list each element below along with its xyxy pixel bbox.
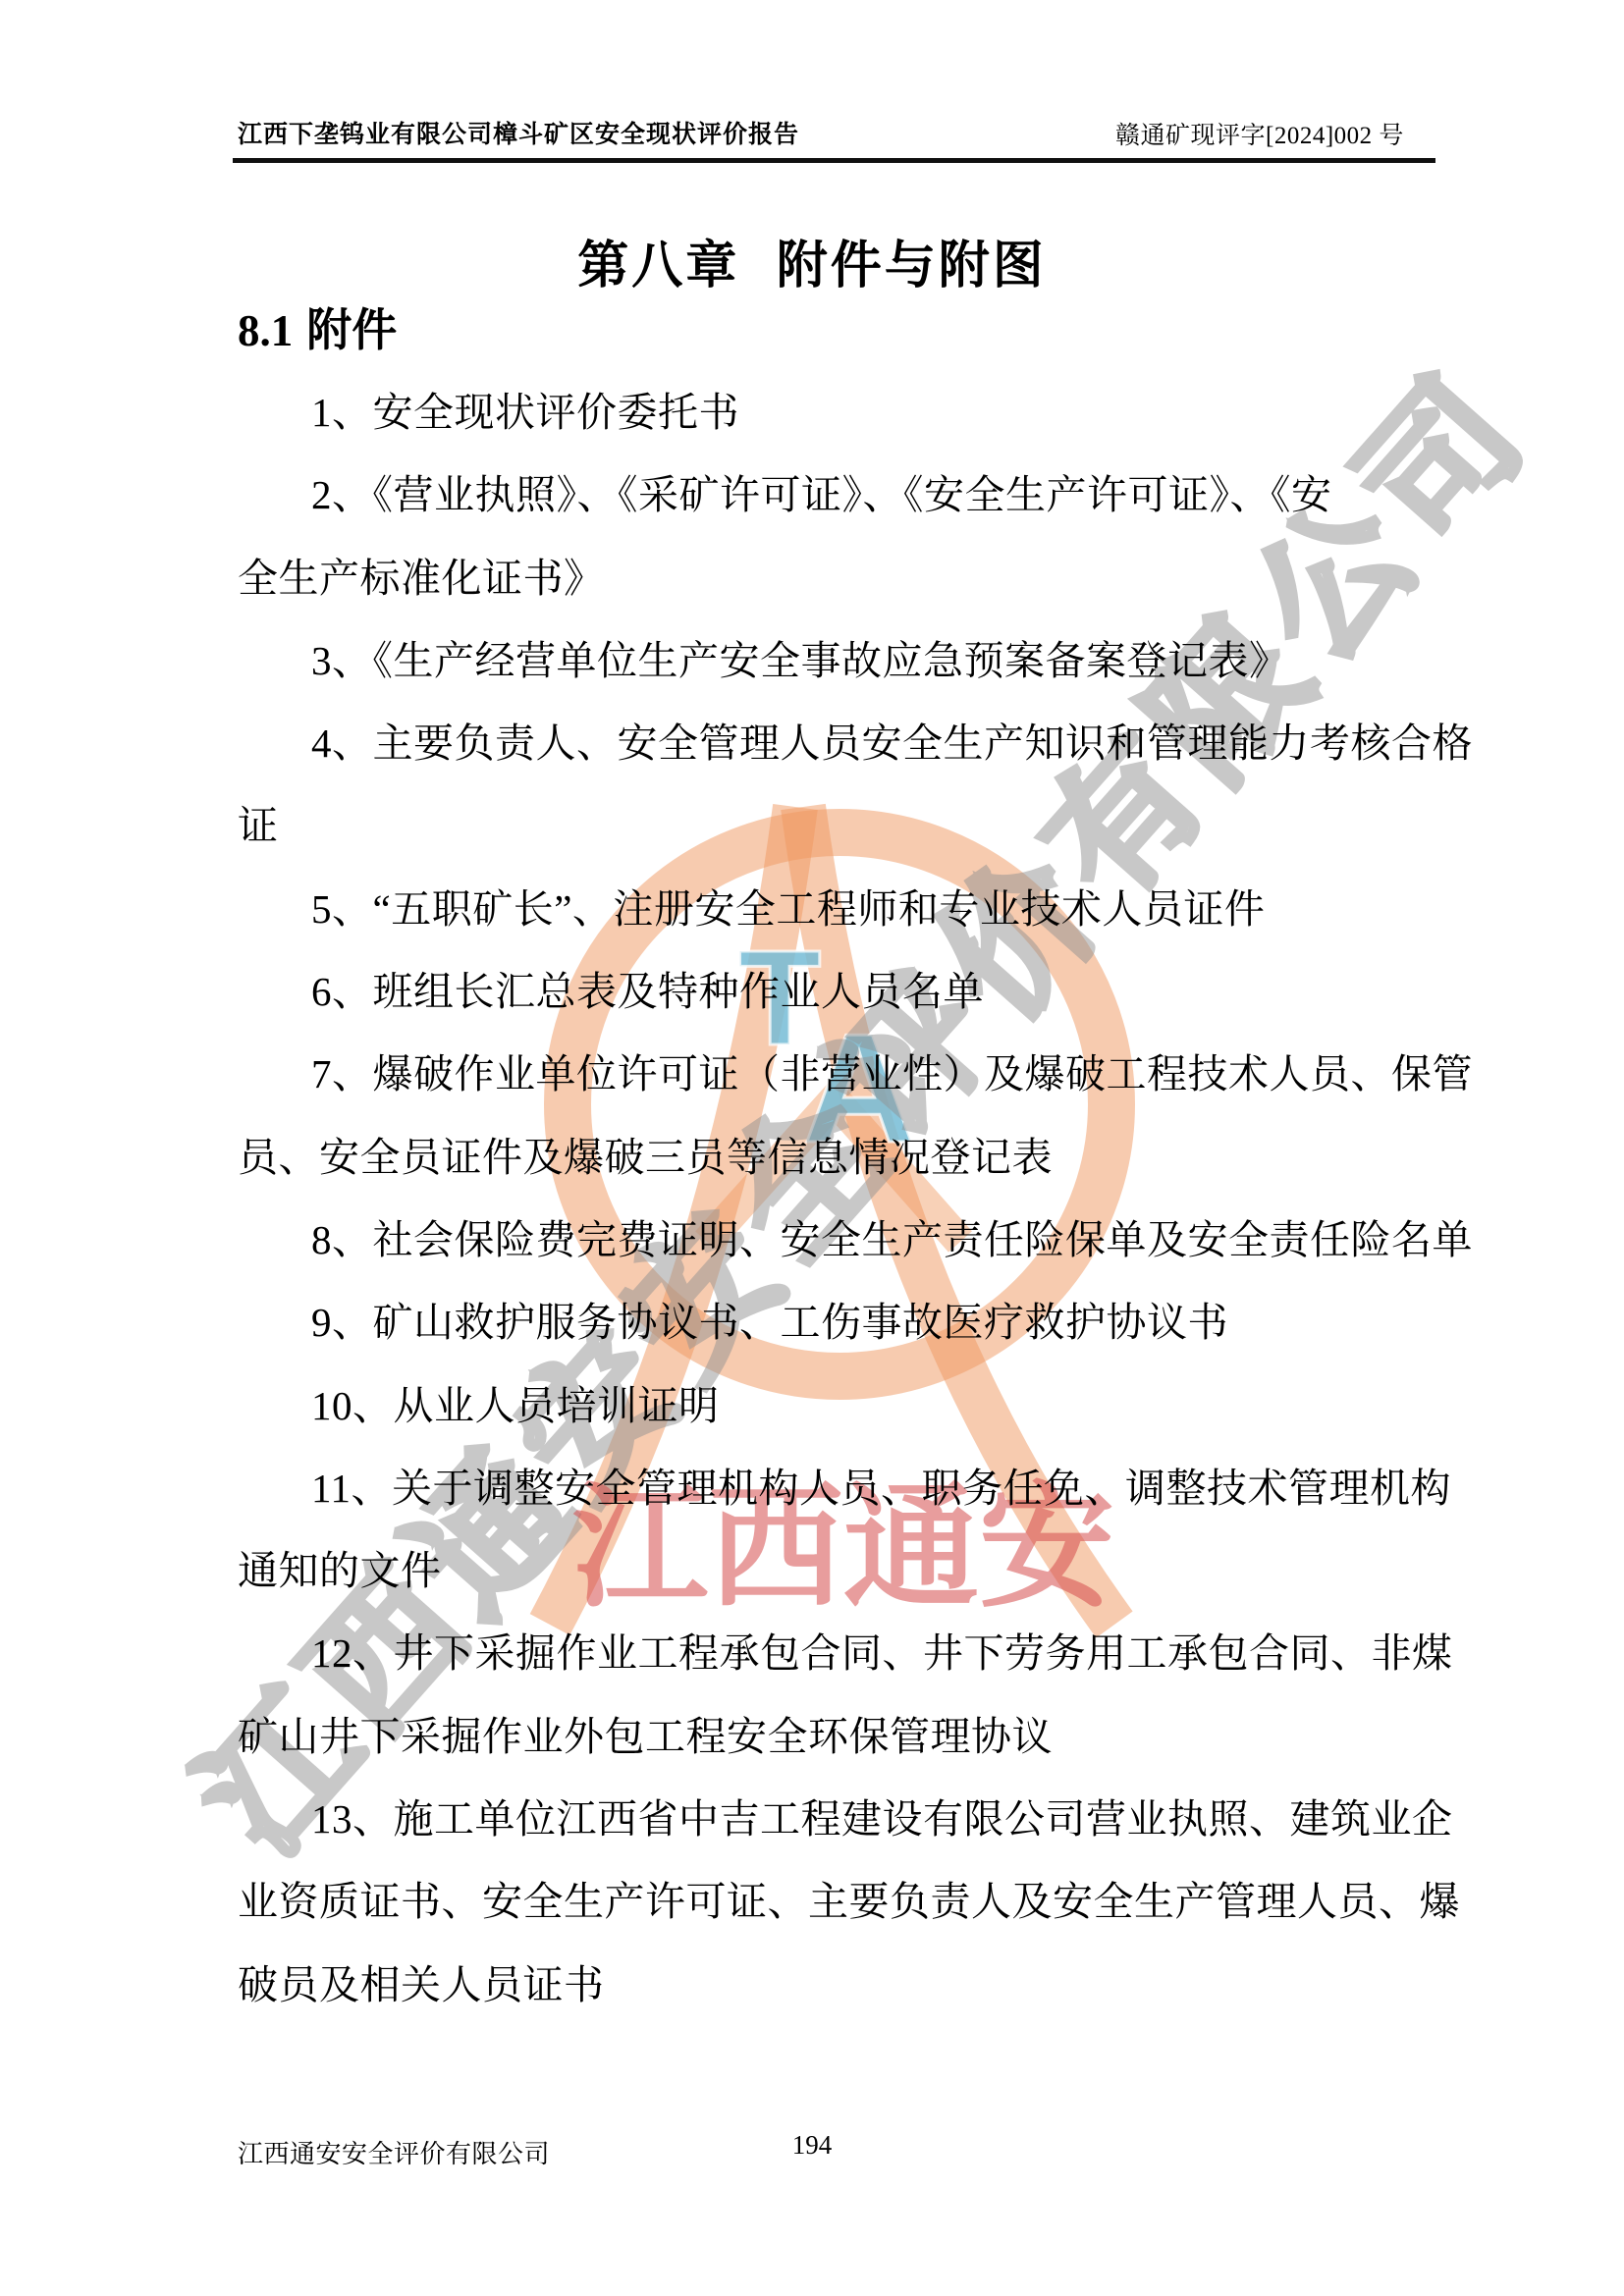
body-line: 6、班组长汇总表及特种作业人员名单 xyxy=(238,970,1426,1052)
body-line: 4、主要负责人、安全管理人员安全生产知识和管理能力考核合格 xyxy=(238,721,1426,804)
body-line: 通知的文件 xyxy=(238,1549,1426,1631)
body-line: 全生产标准化证书》 xyxy=(238,557,1426,639)
body-line: 8、社会保险费完费证明、安全生产责任险保单及安全责任险名单 xyxy=(238,1218,1426,1301)
body-line: 5、“五职矿长”、注册安全工程师和专业技术人员证件 xyxy=(238,887,1426,970)
body-line: 12、井下采掘作业工程承包合同、井下劳务用工承包合同、非煤 xyxy=(238,1631,1426,1714)
section-number: 8.1 xyxy=(238,306,293,355)
body-line: 1、安全现状评价委托书 xyxy=(238,391,1426,473)
section-heading: 8.1附件 xyxy=(238,305,397,356)
document-content: 江西下垄钨业有限公司樟斗矿区安全现状评价报告 赣通矿现评字[2024]002 号… xyxy=(0,0,1624,2296)
header-doc-number: 赣通矿现评字[2024]002 号 xyxy=(1115,122,1404,151)
body-line: 7、爆破作业单位许可证（非营业性）及爆破工程技术人员、保管 xyxy=(238,1052,1426,1135)
page-number: 194 xyxy=(0,2130,1624,2161)
body-line: 11、关于调整安全管理机构人员、职务任免、调整技术管理机构 xyxy=(238,1467,1426,1549)
attachment-list: 1、安全现状评价委托书 2、《营业执照》、《采矿许可证》、《安全生产许可证》、《… xyxy=(238,391,1426,2046)
header-report-title: 江西下垄钨业有限公司樟斗矿区安全现状评价报告 xyxy=(238,120,799,149)
document-page: T A 江西通安安全评价有限公司 江西通安 江西下垄钨业有限公司樟斗矿区安全现状… xyxy=(0,0,1624,2296)
body-line: 矿山井下采掘作业外包工程安全环保管理协议 xyxy=(238,1715,1426,1797)
body-line: 10、从业人员培训证明 xyxy=(238,1384,1426,1467)
body-line: 9、矿山救护服务协议书、工伤事故医疗救护协议书 xyxy=(238,1301,1426,1383)
chapter-title: 第八章 附件与附图 xyxy=(0,239,1624,294)
body-line: 2、《营业执照》、《采矿许可证》、《安全生产许可证》、《安 xyxy=(238,473,1426,556)
body-line: 证 xyxy=(238,804,1426,886)
body-line: 3、《生产经营单位生产安全事故应急预案备案登记表》 xyxy=(238,639,1426,721)
body-line: 员、安全员证件及爆破三员等信息情况登记表 xyxy=(238,1136,1426,1218)
body-line: 业资质证书、安全生产许可证、主要负责人及安全生产管理人员、爆 xyxy=(238,1880,1426,1962)
body-line: 破员及相关人员证书 xyxy=(238,1963,1426,2046)
header-rule xyxy=(233,158,1435,163)
body-line: 13、施工单位江西省中吉工程建设有限公司营业执照、建筑业企 xyxy=(238,1797,1426,1880)
section-label: 附件 xyxy=(306,304,397,355)
